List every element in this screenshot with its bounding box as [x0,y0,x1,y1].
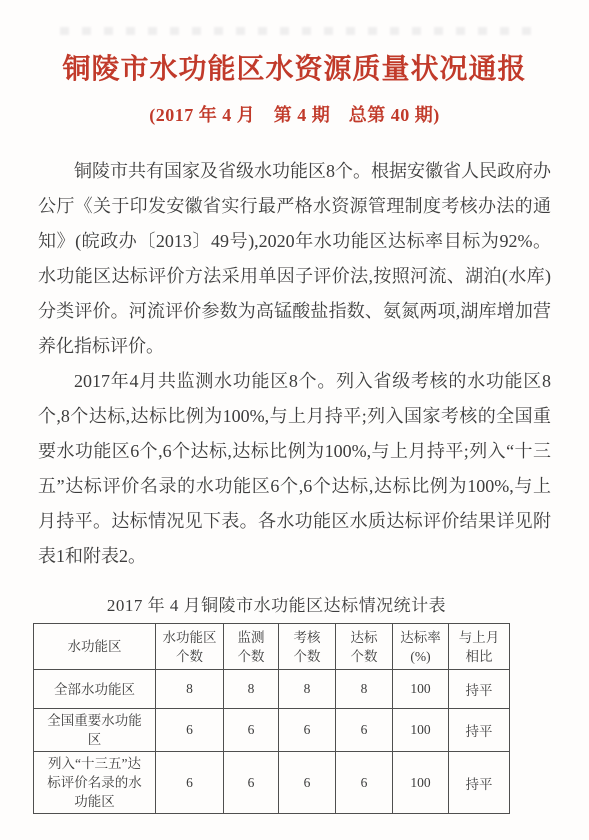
table-header-row: 水功能区 水功能区 个数 监测 个数 考核 个数 达标 个数 达标率 (%) 与… [34,624,510,670]
cell-compliance-rate: 100 [393,709,449,752]
cell-assessed-count: 8 [279,670,336,709]
compliance-statistics-table: 水功能区 水功能区 个数 监测 个数 考核 个数 达标 个数 达标率 (%) 与… [33,623,510,814]
header-compliance-rate: 达标率 (%) [393,624,449,670]
header-monitored-count: 监测 个数 [224,624,279,670]
document-title: 铜陵市水功能区水资源质量状况通报 [0,0,589,88]
cell-vs-last-month: 持平 [449,670,510,709]
cell-monitored-count: 6 [224,709,279,752]
header-vs-last-month: 与上月 相比 [449,624,510,670]
row-label: 列入“十三五”达标评价名录的水功能区 [34,752,156,814]
cell-vs-last-month: 持平 [449,709,510,752]
cell-zone-count: 6 [156,752,224,814]
cell-monitored-count: 8 [224,670,279,709]
cell-compliant-count: 8 [336,670,393,709]
table-title: 2017 年 4 月铜陵市水功能区达标情况统计表 [20,591,533,616]
cell-vs-last-month: 持平 [449,752,510,814]
row-label: 全国重要水功能区 [34,709,156,752]
cell-zone-count: 6 [156,709,224,752]
document-issue-subtitle: (2017 年 4 月 第 4 期 总第 40 期) [0,101,589,127]
paragraph-overview: 铜陵市共有国家及省级水功能区8个。根据安徽省人民政府办公厅《关于印发安徽省实行最… [38,154,551,364]
row-label: 全部水功能区 [34,670,156,709]
table-row-13th-five-year-plan-zones: 列入“十三五”达标评价名录的水功能区 6 6 6 6 100 持平 [34,752,510,814]
cell-assessed-count: 6 [279,709,336,752]
paragraph-monitoring-results: 2017年4月共监测水功能区8个。列入省级考核的水功能区8个,8个达标,达标比例… [38,364,551,574]
cell-compliant-count: 6 [336,752,393,814]
cell-assessed-count: 6 [279,752,336,814]
table-row-all-zones: 全部水功能区 8 8 8 8 100 持平 [34,670,510,709]
cell-compliance-rate: 100 [393,752,449,814]
cell-monitored-count: 6 [224,752,279,814]
table-row-national-important-zones: 全国重要水功能区 6 6 6 6 100 持平 [34,709,510,752]
header-water-function-zone: 水功能区 [34,624,156,670]
cell-compliant-count: 6 [336,709,393,752]
document-page: 铜陵市水功能区水资源质量状况通报 (2017 年 4 月 第 4 期 总第 40… [0,0,589,840]
header-zone-count: 水功能区 个数 [156,624,224,670]
document-body: 铜陵市共有国家及省级水功能区8个。根据安徽省人民政府办公厅《关于印发安徽省实行最… [38,154,551,574]
header-assessed-count: 考核 个数 [279,624,336,670]
cell-compliance-rate: 100 [393,670,449,709]
header-compliant-count: 达标 个数 [336,624,393,670]
cell-zone-count: 8 [156,670,224,709]
